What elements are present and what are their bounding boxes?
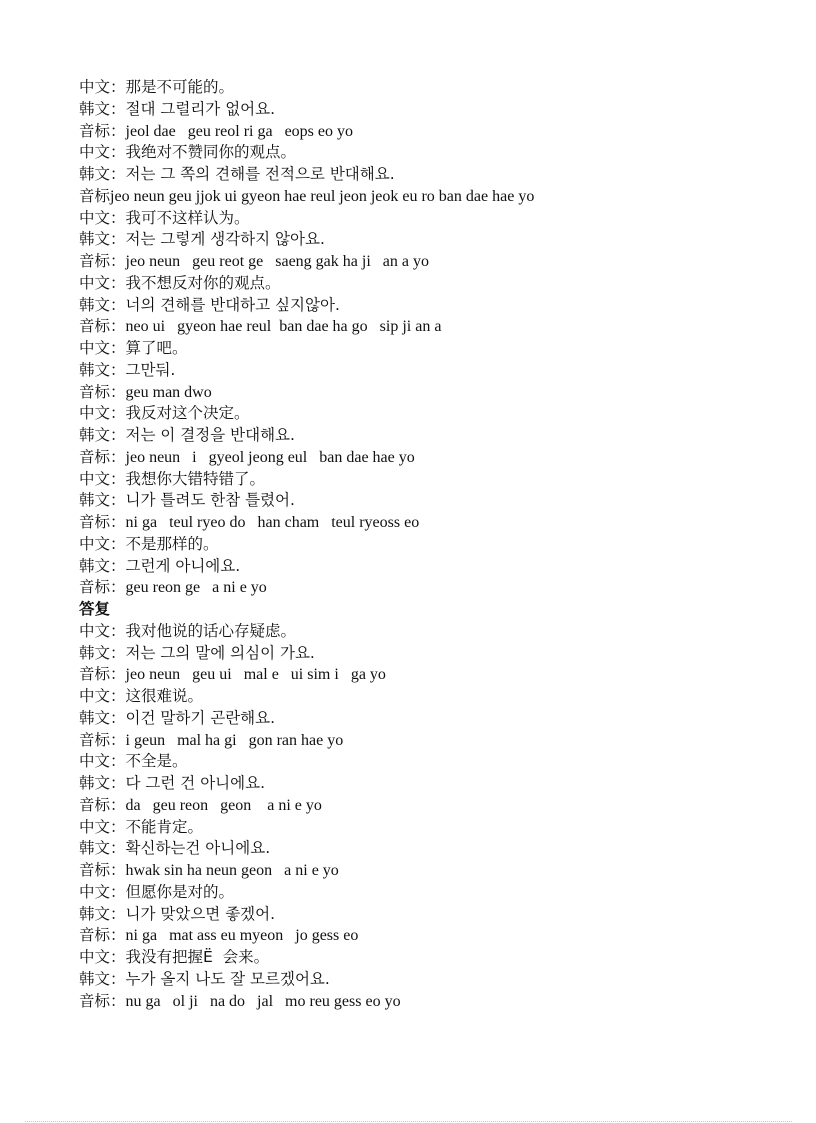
chinese-label: 中文： — [79, 687, 126, 705]
chinese-text: 不是那样的。 — [126, 535, 219, 553]
chinese-label: 中文： — [79, 752, 126, 770]
chinese-line: 中文：我不想反对你的观点。 — [79, 273, 729, 295]
romanization-text: ni ga teul ryeo do han cham teul ryeoss … — [126, 514, 420, 531]
korean-label: 韩文： — [79, 100, 126, 118]
chinese-label: 中文： — [79, 274, 126, 292]
korean-line: 韩文：저는 그 쪽의 견해를 전적으로 반대해요. — [79, 164, 729, 186]
romanization-label: 音标： — [79, 992, 126, 1010]
chinese-text: 不全是。 — [126, 752, 188, 770]
romanization-text: nu ga ol ji na do jal mo reu gess eo yo — [126, 993, 401, 1010]
romanization-line: 音标：jeo neun geu ui mal e ui sim i ga yo — [79, 664, 729, 686]
korean-label: 韩文： — [79, 230, 126, 248]
romanization-text: jeo neun geu jjok ui gyeon hae reul jeon… — [110, 188, 534, 205]
korean-label: 韩文： — [79, 426, 126, 444]
romanization-label: 音标： — [79, 122, 126, 140]
romanization-line: 音标：hwak sin ha neun geon a ni e yo — [79, 860, 729, 882]
romanization-text: jeo neun i gyeol jeong eul ban dae hae y… — [126, 449, 415, 466]
chinese-text: 我想你大错特错了。 — [126, 470, 266, 488]
entry: 中文：我对他说的话心存疑虑。 韩文：저는 그의 말에 의심이 가요. 音标：je… — [79, 621, 729, 686]
chinese-line: 中文：不是那样的。 — [79, 534, 729, 556]
entry: 中文：不是那样的。 韩文：그런게 아니에요. 音标：geu reon ge a … — [79, 534, 729, 599]
chinese-text: 我不想反对你的观点。 — [126, 274, 281, 292]
entry-list-replies: 中文：我对他说的话心存疑虑。 韩文：저는 그의 말에 의심이 가요. 音标：je… — [79, 621, 729, 1013]
korean-label: 韩文： — [79, 839, 126, 857]
document-page: 中文：那是不可能的。 韩文：절대 그럴리가 없어요. 音标：jeol dae g… — [79, 77, 729, 1012]
korean-text: 그런게 아니에요. — [126, 557, 241, 575]
chinese-text: 这很难说。 — [126, 687, 204, 705]
chinese-line: 中文：算了吧。 — [79, 338, 729, 360]
entry: 中文：我反对这个决定。 韩文：저는 이 결정을 반대해요. 音标：jeo neu… — [79, 403, 729, 468]
chinese-label: 中文： — [79, 948, 126, 966]
korean-text: 확신하는건 아니에요. — [126, 839, 271, 857]
chinese-text: 我绝对不赞同你的观点。 — [126, 143, 297, 161]
chinese-label: 中文： — [79, 209, 126, 227]
romanization-line: 音标：geu man dwo — [79, 382, 729, 404]
romanization-text: jeo neun geu ui mal e ui sim i ga yo — [126, 666, 386, 683]
korean-text: 이건 말하기 곤란해요. — [126, 709, 276, 727]
romanization-line: 音标：nu ga ol ji na do jal mo reu gess eo … — [79, 991, 729, 1013]
romanization-label: 音标： — [79, 317, 126, 335]
korean-label: 韩文： — [79, 361, 126, 379]
chinese-line: 中文：我想你大错特错了。 — [79, 469, 729, 491]
korean-line: 韩文：이건 말하기 곤란해요. — [79, 708, 729, 730]
korean-text: 누가 올지 나도 잘 모르겠어요. — [126, 970, 330, 988]
korean-label: 韩文： — [79, 165, 126, 183]
entry: 中文：我可不这样认为。 韩文：저는 그렇게 생각하지 않아요. 音标：jeo n… — [79, 208, 729, 273]
entry: 中文：我不想反对你的观点。 韩文：너의 견해를 반대하고 싶지않아. 音标：ne… — [79, 273, 729, 338]
korean-line: 韩文：그런게 아니에요. — [79, 556, 729, 578]
romanization-text: jeo neun geu reot ge saeng gak ha ji an … — [126, 253, 429, 270]
korean-text: 너의 견해를 반대하고 싶지않아. — [126, 296, 340, 314]
chinese-label: 中文： — [79, 78, 126, 96]
romanization-text: geu reon ge a ni e yo — [126, 579, 267, 596]
entry-list-disagreement: 中文：那是不可能的。 韩文：절대 그럴리가 없어요. 音标：jeol dae g… — [79, 77, 729, 599]
romanization-line: 音标：ni ga teul ryeo do han cham teul ryeo… — [79, 512, 729, 534]
chinese-text: 我没有把握Ë 会来。 — [126, 948, 270, 966]
korean-text: 저는 그 쪽의 견해를 전적으로 반대해요. — [126, 165, 395, 183]
entry: 中文：但愿你是对的。 韩文：니가 맞았으면 좋겠어. 音标：ni ga mat … — [79, 882, 729, 947]
chinese-text: 不能肯定。 — [126, 818, 204, 836]
chinese-label: 中文： — [79, 535, 126, 553]
chinese-text: 那是不可能的。 — [126, 78, 235, 96]
romanization-text: jeol dae geu reol ri ga eops eo yo — [126, 123, 353, 140]
chinese-text: 算了吧。 — [126, 339, 188, 357]
korean-text: 다 그런 건 아니에요. — [126, 774, 266, 792]
chinese-text: 但愿你是对的。 — [126, 883, 235, 901]
romanization-label: 音标： — [79, 578, 126, 596]
romanization-label: 音标 — [79, 187, 110, 205]
korean-text: 절대 그럴리가 없어요. — [126, 100, 276, 118]
romanization-label: 音标： — [79, 861, 126, 879]
korean-text: 저는 그의 말에 의심이 가요. — [126, 644, 315, 662]
chinese-label: 中文： — [79, 404, 126, 422]
korean-line: 韩文：그만둬. — [79, 360, 729, 382]
korean-label: 韩文： — [79, 709, 126, 727]
entry: 中文：不能肯定。 韩文：확신하는건 아니에요. 音标：hwak sin ha n… — [79, 817, 729, 882]
korean-text: 저는 이 결정을 반대해요. — [126, 426, 295, 444]
entry: 中文：我没有把握Ë 会来。 韩文：누가 올지 나도 잘 모르겠어요. 音标：nu… — [79, 947, 729, 1012]
korean-text: 그만둬. — [126, 361, 176, 379]
chinese-line: 中文：不全是。 — [79, 751, 729, 773]
chinese-line: 中文：我绝对不赞同你的观点。 — [79, 142, 729, 164]
korean-text: 저는 그렇게 생각하지 않아요. — [126, 230, 325, 248]
korean-line: 韩文：누가 올지 나도 잘 모르겠어요. — [79, 969, 729, 991]
chinese-line: 中文：这很难说。 — [79, 686, 729, 708]
chinese-line: 中文：我反对这个决定。 — [79, 403, 729, 425]
chinese-label: 中文： — [79, 470, 126, 488]
korean-line: 韩文：다 그런 건 아니에요. — [79, 773, 729, 795]
korean-label: 韩文： — [79, 905, 126, 923]
romanization-text: geu man dwo — [126, 384, 212, 401]
chinese-line: 中文：我可不这样认为。 — [79, 208, 729, 230]
korean-line: 韩文：저는 이 결정을 반대해요. — [79, 425, 729, 447]
chinese-label: 中文： — [79, 883, 126, 901]
romanization-line: 音标：ni ga mat ass eu myeon jo gess eo — [79, 925, 729, 947]
romanization-label: 音标： — [79, 383, 126, 401]
romanization-text: ni ga mat ass eu myeon jo gess eo — [126, 927, 359, 944]
korean-label: 韩文： — [79, 557, 126, 575]
chinese-label: 中文： — [79, 143, 126, 161]
chinese-label: 中文： — [79, 339, 126, 357]
chinese-text: 我可不这样认为。 — [126, 209, 250, 227]
romanization-line: 音标：geu reon ge a ni e yo — [79, 577, 729, 599]
romanization-text: i geun mal ha gi gon ran hae yo — [126, 732, 344, 749]
korean-text: 니가 맞았으면 좋겠어. — [126, 905, 276, 923]
romanization-text: da geu reon geon a ni e yo — [126, 797, 322, 814]
chinese-line: 中文：我对他说的话心存疑虑。 — [79, 621, 729, 643]
section-heading: 答复 — [79, 599, 729, 621]
chinese-line: 中文：那是不可能的。 — [79, 77, 729, 99]
romanization-text: neo ui gyeon hae reul ban dae ha go sip … — [126, 318, 442, 335]
romanization-label: 音标： — [79, 731, 126, 749]
romanization-label: 音标： — [79, 796, 126, 814]
chinese-label: 中文： — [79, 818, 126, 836]
korean-line: 韩文：저는 그의 말에 의심이 가요. — [79, 643, 729, 665]
romanization-text: hwak sin ha neun geon a ni e yo — [126, 862, 339, 879]
korean-line: 韩文：확신하는건 아니에요. — [79, 838, 729, 860]
chinese-text: 我反对这个决定。 — [126, 404, 250, 422]
romanization-line: 音标：i geun mal ha gi gon ran hae yo — [79, 730, 729, 752]
korean-line: 韩文：저는 그렇게 생각하지 않아요. — [79, 229, 729, 251]
korean-text: 니가 틀려도 한참 틀렸어. — [126, 491, 295, 509]
entry: 中文：不全是。 韩文：다 그런 건 아니에요. 音标：da geu reon g… — [79, 751, 729, 816]
chinese-label: 中文： — [79, 622, 126, 640]
entry: 中文：算了吧。 韩文：그만둬. 音标：geu man dwo — [79, 338, 729, 403]
chinese-text: 我对他说的话心存疑虑。 — [126, 622, 297, 640]
romanization-line: 音标：da geu reon geon a ni e yo — [79, 795, 729, 817]
korean-label: 韩文： — [79, 296, 126, 314]
romanization-label: 音标： — [79, 252, 126, 270]
romanization-line: 音标：jeo neun geu reot ge saeng gak ha ji … — [79, 251, 729, 273]
chinese-line: 中文：不能肯定。 — [79, 817, 729, 839]
korean-label: 韩文： — [79, 774, 126, 792]
korean-line: 韩文：너의 견해를 반대하고 싶지않아. — [79, 295, 729, 317]
chinese-line: 中文：但愿你是对的。 — [79, 882, 729, 904]
page-bottom-divider — [25, 1121, 792, 1122]
entry: 中文：我想你大错特错了。 韩文：니가 틀려도 한참 틀렸어. 音标：ni ga … — [79, 469, 729, 534]
romanization-line: 音标：jeol dae geu reol ri ga eops eo yo — [79, 121, 729, 143]
entry: 中文：我绝对不赞同你的观点。 韩文：저는 그 쪽의 견해를 전적으로 반대해요.… — [79, 142, 729, 207]
chinese-line: 中文：我没有把握Ë 会来。 — [79, 947, 729, 969]
entry: 中文：那是不可能的。 韩文：절대 그럴리가 없어요. 音标：jeol dae g… — [79, 77, 729, 142]
korean-label: 韩文： — [79, 970, 126, 988]
korean-label: 韩文： — [79, 644, 126, 662]
korean-label: 韩文： — [79, 491, 126, 509]
korean-line: 韩文：절대 그럴리가 없어요. — [79, 99, 729, 121]
romanization-label: 音标： — [79, 448, 126, 466]
romanization-line: 音标jeo neun geu jjok ui gyeon hae reul je… — [79, 186, 729, 208]
romanization-label: 音标： — [79, 926, 126, 944]
korean-line: 韩文：니가 맞았으면 좋겠어. — [79, 904, 729, 926]
romanization-label: 音标： — [79, 513, 126, 531]
romanization-line: 音标：neo ui gyeon hae reul ban dae ha go s… — [79, 316, 729, 338]
romanization-line: 音标：jeo neun i gyeol jeong eul ban dae ha… — [79, 447, 729, 469]
entry: 中文：这很难说。 韩文：이건 말하기 곤란해요. 音标：i geun mal h… — [79, 686, 729, 751]
romanization-label: 音标： — [79, 665, 126, 683]
korean-line: 韩文：니가 틀려도 한참 틀렸어. — [79, 490, 729, 512]
